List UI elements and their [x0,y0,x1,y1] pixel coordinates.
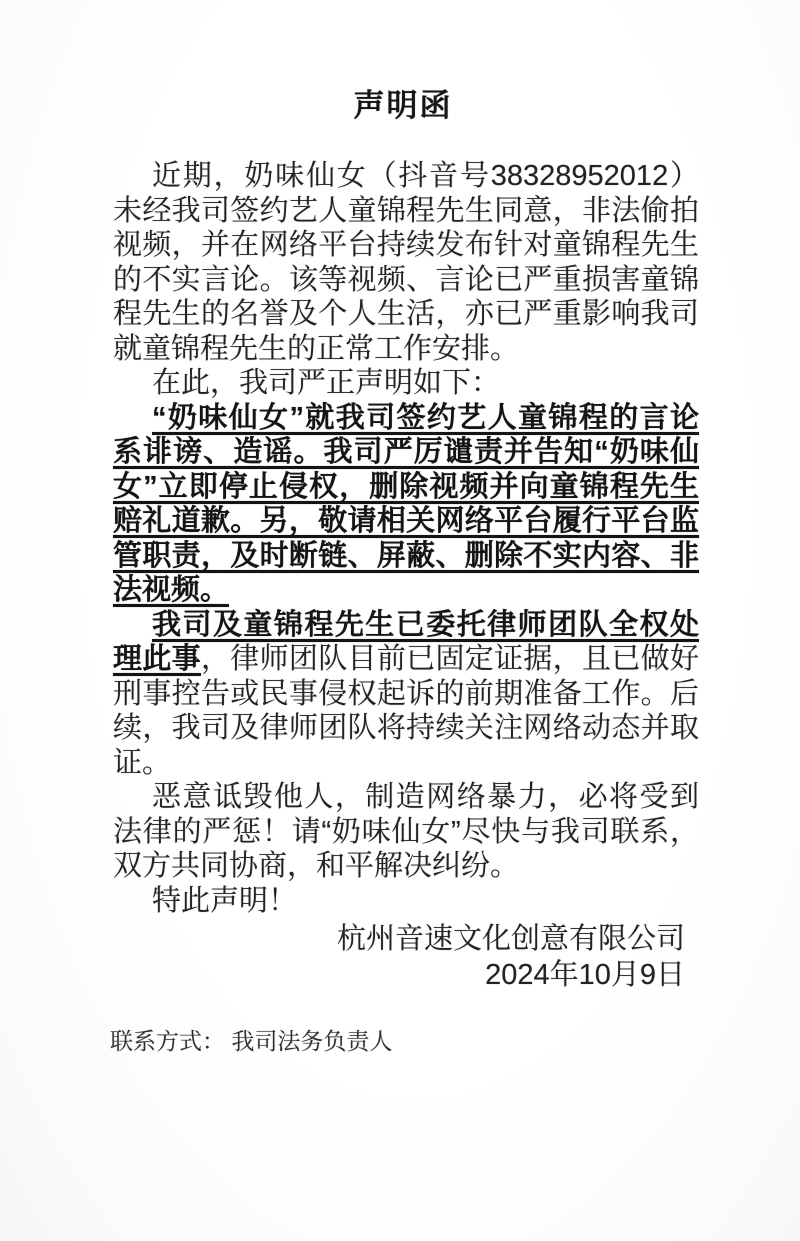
signature-block: 杭州音速文化创意有限公司 2024年10月9日 [113,921,691,993]
text-segment-normal: 恶意诋毁他人，制造网络暴力，必将受到法律的严惩！请“奶味仙女”尽快与我司联系，双… [113,781,699,882]
contact-info: 联系方式： 我司法务负责人 [110,1023,800,1056]
text-segment-normal: ，律师团队目前已固定证据，且已做好刑事控告或民事侵权起诉的前期准备工作。后续，我… [113,643,699,779]
paragraph-intro: 近期，奶味仙女（抖音号38328952012）未经我司签约艺人童锦程先生同意，非… [113,159,699,366]
text-segment-bold-underline: “奶味仙女”就我司签约艺人童锦程的言论系诽谤、造谣。我司严厉谴责并告知“奶味仙女… [113,402,699,607]
paragraph-condemnation: “奶味仙女”就我司签约艺人童锦程的言论系诽谤、造谣。我司严厉谴责并告知“奶味仙女… [113,401,699,608]
signature-date: 2024年10月9日 [113,957,685,993]
document-title: 声明函 [114,80,692,125]
document-body: 近期，奶味仙女（抖音号38328952012）未经我司签约艺人童锦程先生同意，非… [113,159,699,918]
paragraph-legal-action: 我司及童锦程先生已委托律师团队全权处理此事，律师团队目前已固定证据，且已做好刑事… [113,608,699,781]
text-segment-normal: 特此声明！ [152,885,297,917]
text-segment-normal: 在此，我司严正声明如下： [152,367,500,399]
paragraph-closing: 特此声明！ [113,884,699,919]
paragraph-warning: 恶意诋毁他人，制造网络暴力，必将受到法律的严惩！请“奶味仙女”尽快与我司联系，双… [113,780,699,884]
text-segment-normal: 近期，奶味仙女（抖音号38328952012）未经我司签约艺人童锦程先生同意，非… [113,160,699,365]
paragraph-declaration-lead: 在此，我司严正声明如下： [113,366,699,401]
statement-letter-page: 声明函 近期，奶味仙女（抖音号38328952012）未经我司签约艺人童锦程先生… [0,0,800,1241]
company-name: 杭州音速文化创意有限公司 [113,921,685,957]
